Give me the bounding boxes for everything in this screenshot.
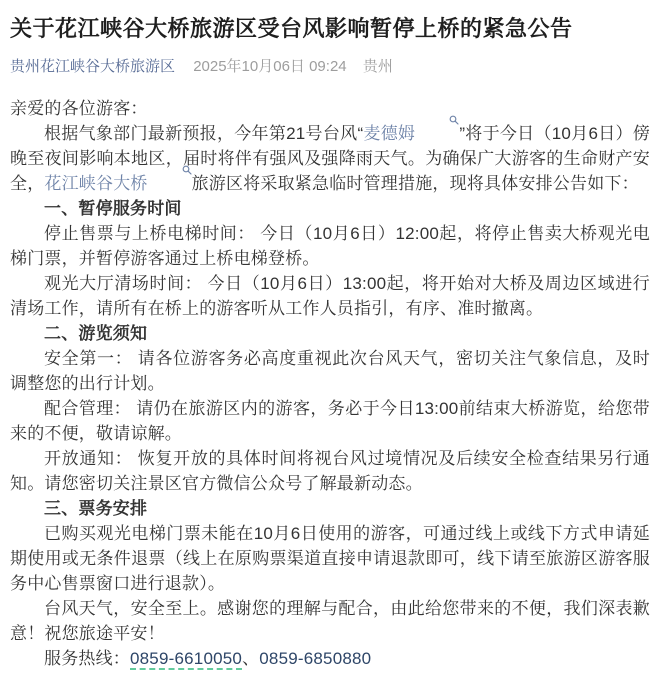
article-page: 关于花江峡谷大桥旅游区受台风影响暂停上桥的紧急公告 贵州花江峡谷大桥旅游区 20… — [0, 0, 660, 671]
paragraph-safety-first: 安全第一： 请各位游客务必高度重视此次台风天气，密切关注气象信息，及时调整您的出… — [10, 346, 650, 396]
bridge-name-link[interactable]: 花江峡谷大桥 — [44, 174, 191, 193]
intro-text-1: 根据气象部门最新预报，今年第21号台风“ — [44, 124, 363, 143]
phone-link-1[interactable]: 0859-6610050 — [130, 649, 242, 670]
account-name-link[interactable]: 贵州花江峡谷大桥旅游区 — [10, 58, 175, 75]
publish-location: 贵州 — [363, 58, 393, 75]
paragraph-ticket-stop: 停止售票与上桥电梯时间： 今日（10月6日）12:00起，将停止售卖大桥观光电梯… — [10, 221, 650, 271]
hotline-line: 服务热线：0859-6610050、0859-6850880 — [10, 646, 650, 671]
section-heading-suspension: 一、暂停服务时间 — [10, 196, 650, 221]
intro-text-3: 旅游区将采取紧急临时管理措施，现将具体安排公告如下： — [192, 174, 639, 193]
paragraph-reopen-notice: 开放通知： 恢复开放的具体时间将视台风过境情况及后续安全检查结果另行通知。请您密… — [10, 446, 650, 496]
typhoon-name-link[interactable]: 麦德姆 — [363, 124, 459, 143]
search-icon[interactable] — [148, 172, 192, 182]
hotline-separator: 、 — [242, 649, 259, 668]
paragraph-closing: 台风天气，安全至上。感谢您的理解与配合，由此给您带来的不便，我们深表歉意！祝您旅… — [10, 596, 650, 646]
intro-paragraph: 根据气象部门最新预报，今年第21号台风“麦德姆”将于今日（10月6日）傍晚至夜间… — [10, 121, 650, 196]
paragraph-cooperation: 配合管理： 请仍在旅游区内的游客，务必于今日13:00前结束大桥游览，给您带来的… — [10, 396, 650, 446]
phone-link-2[interactable]: 0859-6850880 — [259, 649, 371, 668]
typhoon-name-label[interactable]: 麦德姆 — [363, 124, 415, 143]
article-meta: 贵州花江峡谷大桥旅游区 2025年10月06日 09:24 贵州 — [10, 57, 650, 77]
article-body: 亲爱的各位游客： 根据气象部门最新预报，今年第21号台风“麦德姆”将于今日（10… — [10, 96, 650, 671]
section-heading-ticketing: 三、票务安排 — [10, 496, 650, 521]
section-heading-visitor-notes: 二、游览须知 — [10, 321, 650, 346]
publish-date: 2025年10月06日 09:24 — [193, 58, 346, 75]
greeting-line: 亲爱的各位游客： — [10, 96, 650, 121]
paragraph-refund-policy: 已购买观光电梯门票未能在10月6日使用的游客，可通过线上或线下方式申请延期使用或… — [10, 521, 650, 596]
paragraph-hall-clearing: 观光大厅清场时间： 今日（10月6日）13:00起，将开始对大桥及周边区域进行清… — [10, 271, 650, 321]
article-title: 关于花江峡谷大桥旅游区受台风影响暂停上桥的紧急公告 — [10, 14, 650, 44]
search-icon[interactable] — [415, 122, 459, 132]
bridge-name-label[interactable]: 花江峡谷大桥 — [44, 174, 147, 193]
hotline-label: 服务热线： — [44, 649, 130, 668]
